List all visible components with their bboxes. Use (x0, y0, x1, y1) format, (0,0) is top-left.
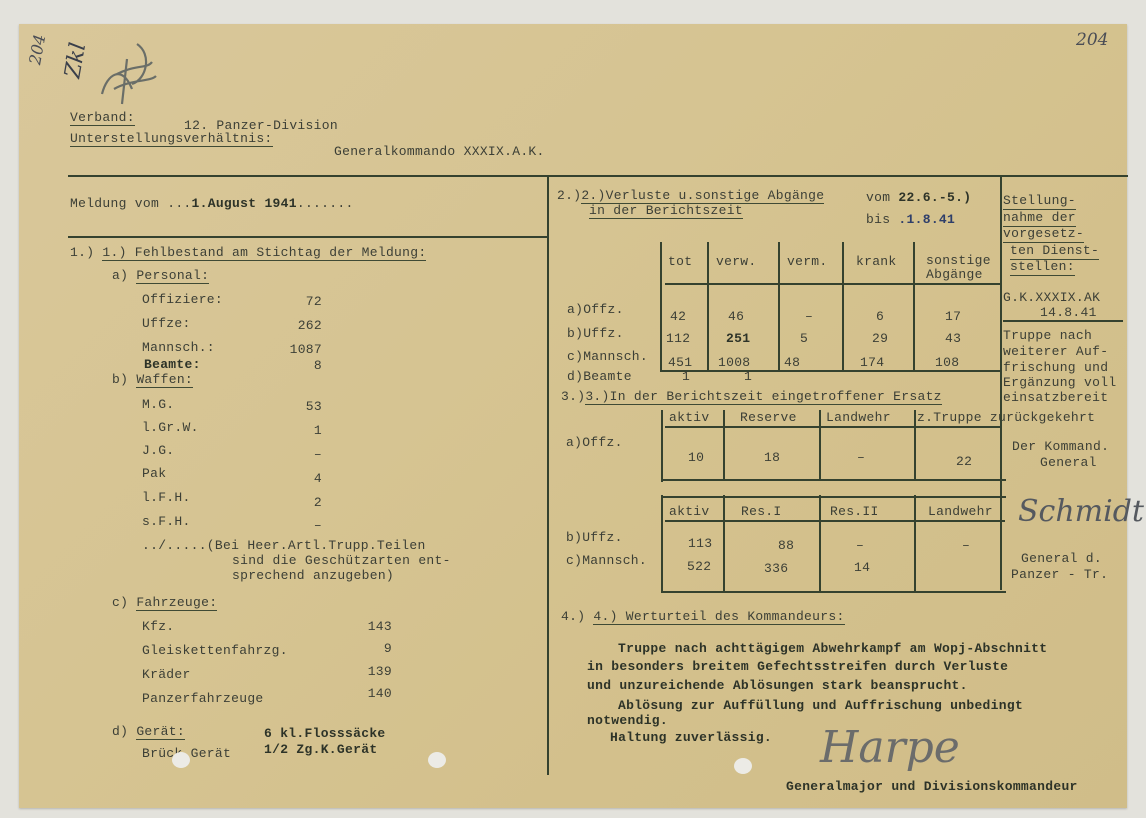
fahrzeuge-row-value: 143 (332, 619, 392, 635)
sidebar-title: ten Dienst- (1010, 243, 1099, 260)
meldung-date: 1.August 1941 (192, 196, 297, 211)
ersatz-row-label: c)Mannsch. (566, 553, 647, 569)
fahrzeuge-row-value: 9 (332, 641, 392, 657)
waffen-row-value: 53 (262, 399, 322, 415)
ersatz-offz-row-label: a)Offz. (566, 435, 623, 451)
punch-hole (428, 752, 446, 768)
personal-row-value: 72 (262, 294, 322, 310)
personal-row-value: 1087 (262, 342, 322, 358)
losses-row-label: b)Uffz. (567, 326, 624, 342)
geraet-heading: Gerät: (136, 724, 185, 740)
fahrzeuge-heading: Fahrzeuge: (136, 595, 217, 611)
fahrzeuge-row-label: Panzerfahrzeuge (142, 691, 264, 707)
commander-signer: Generalmajor und Divisionskommandeur (786, 779, 1078, 795)
punch-hole (734, 758, 752, 774)
unterstellung-label: Unterstellungsverhältnis: (70, 131, 273, 147)
section2-subtitle: in der Berichtszeit (589, 203, 743, 219)
sidebar-title: stellen: (1010, 259, 1075, 276)
personal-heading: Personal: (136, 268, 209, 284)
ersatz-offz-col-header: Landwehr (826, 410, 891, 426)
ersatz-mannsch-col-header: aktiv (669, 504, 710, 520)
geraet-value-1: 6 kl.Flosssäcke (264, 726, 386, 742)
evaluation-line: Haltung zuverlässig. (610, 730, 772, 746)
ersatz-mannsch-col-header: Res.I (741, 504, 782, 520)
sidebar-statement: weiterer Auf- (1003, 344, 1108, 360)
sidebar-statement: Truppe nach (1003, 328, 1092, 344)
fahrzeuge-row-label: Kräder (142, 667, 191, 683)
waffen-row-value: 4 (262, 471, 322, 487)
page-number-top-right: 204 (1076, 30, 1108, 50)
waffen-row-label: l.Gr.W. (142, 420, 199, 436)
personal-row-value: 262 (262, 318, 322, 334)
waffen-row-label: M.G. (142, 397, 174, 413)
sidebar-date: 14.8.41 (1040, 305, 1097, 321)
sidebar-statement: frischung und (1003, 360, 1108, 376)
evaluation-line: in besonders breitem Gefechtsstreifen du… (587, 659, 1008, 675)
losses-col-header: tot (668, 254, 692, 270)
ersatz-offz-col-header: z.Truppe zurückgekehrt (917, 410, 1095, 426)
waffen-row-value: – (262, 447, 322, 463)
fahrzeuge-row-value: 139 (332, 664, 392, 680)
pencil-scribble-icon (92, 34, 164, 110)
fahrzeuge-row-label: Gleiskettenfahrzg. (142, 643, 288, 659)
section2-title: 2.)2.)Verluste u.sonstige Abgänge (557, 188, 824, 204)
section1-title: 1.) 1.) Fehlbestand am Stichtag der Meld… (70, 245, 426, 261)
ersatz-offz-col-header: Reserve (740, 410, 797, 426)
section3-title: 3.)3.)In der Berichtszeit eingetroffener… (561, 389, 942, 405)
waffen-row-value: 1 (262, 423, 322, 439)
fahrzeuge-row-label: Kfz. (142, 619, 174, 635)
evaluation-line: Truppe nach achttägigem Abwehrkampf am W… (618, 641, 1047, 657)
waffen-note: sind die Geschützarten ent- (232, 553, 451, 569)
waffen-row-label: J.G. (142, 443, 174, 459)
ersatz-offz-col-header: aktiv (669, 410, 710, 426)
waffen-row-label: l.F.H. (142, 490, 191, 506)
center-divider (547, 175, 549, 775)
losses-col-header: krank (856, 254, 897, 270)
section2-vom: vom 22.6.-5.) (866, 190, 971, 206)
personal-row-label: Offiziere: (142, 292, 223, 308)
section2-bis: bis .1.8.41 (866, 212, 955, 228)
meldung-line: Meldung vom ...1.August 1941....... (70, 196, 354, 212)
sidebar-signer-title: General (1040, 455, 1097, 471)
waffen-row-value: 2 (262, 495, 322, 511)
sidebar-statement: Ergänzung voll (1003, 375, 1116, 391)
evaluation-line: Ablösung zur Auffüllung und Auffrischung… (618, 698, 1023, 714)
losses-row-label: d)Beamte (567, 369, 632, 385)
waffen-row-value: – (262, 518, 322, 534)
waffen-note: sprechend anzugeben) (232, 568, 394, 584)
evaluation-line: notwendig. (587, 713, 668, 729)
sidebar-rank: Panzer - Tr. (1011, 567, 1108, 583)
geraet-value-2: 1/2 Zg.K.Gerät (264, 742, 377, 758)
sidebar-statement: einsatzbereit (1003, 390, 1108, 406)
losses-row-label: c)Mannsch. (567, 349, 648, 365)
left-section-divider (68, 236, 548, 238)
punch-hole (172, 752, 190, 768)
waffen-heading: Waffen: (136, 372, 193, 388)
sidebar-signer-title: Der Kommand. (1012, 439, 1109, 455)
personal-row-label: Uffze: (142, 316, 191, 332)
losses-col-header: sonstige Abgänge (926, 254, 1006, 282)
sidebar-title: vorgesetz- (1003, 226, 1084, 243)
commander-signature: Harpe (820, 722, 960, 773)
waffen-note: ../.....(Bei Heer.Artl.Trupp.Teilen (142, 538, 426, 554)
ersatz-mannsch-col-header: Res.II (830, 504, 879, 520)
waffen-row-label: Pak (142, 466, 166, 482)
fahrzeuge-row-value: 140 (332, 686, 392, 702)
losses-col-header: verw. (716, 254, 757, 270)
unterstellung-value: Generalkommando XXXIX.A.K. (334, 144, 545, 160)
sidebar-rank: General d. (1021, 551, 1102, 567)
sidebar-signature: Schmidt (1018, 494, 1144, 529)
evaluation-line: und unzureichende Ablösungen stark beans… (587, 678, 968, 694)
ersatz-row-label: b)Uffz. (566, 530, 623, 546)
sidebar-title: nahme der (1003, 210, 1076, 227)
ersatz-mannsch-col-header: Landwehr (928, 504, 993, 520)
sidebar-divider (1000, 175, 1002, 590)
personal-row-value: 8 (262, 358, 322, 374)
waffen-row-label: s.F.H. (142, 514, 191, 530)
sidebar-title: Stellung- (1003, 193, 1076, 210)
header-divider (68, 175, 1128, 177)
personal-row-label: Mannsch.: (142, 340, 215, 356)
losses-row-label: a)Offz. (567, 302, 624, 318)
losses-col-header: verm. (787, 254, 828, 270)
personal-row-label: Beamte: (144, 357, 201, 373)
sidebar-authority: G.K.XXXIX.AK (1003, 290, 1100, 306)
section4-title: 4.) 4.) Werturteil des Kommandeurs: (561, 609, 845, 625)
verband-label: Verband: (70, 110, 135, 126)
